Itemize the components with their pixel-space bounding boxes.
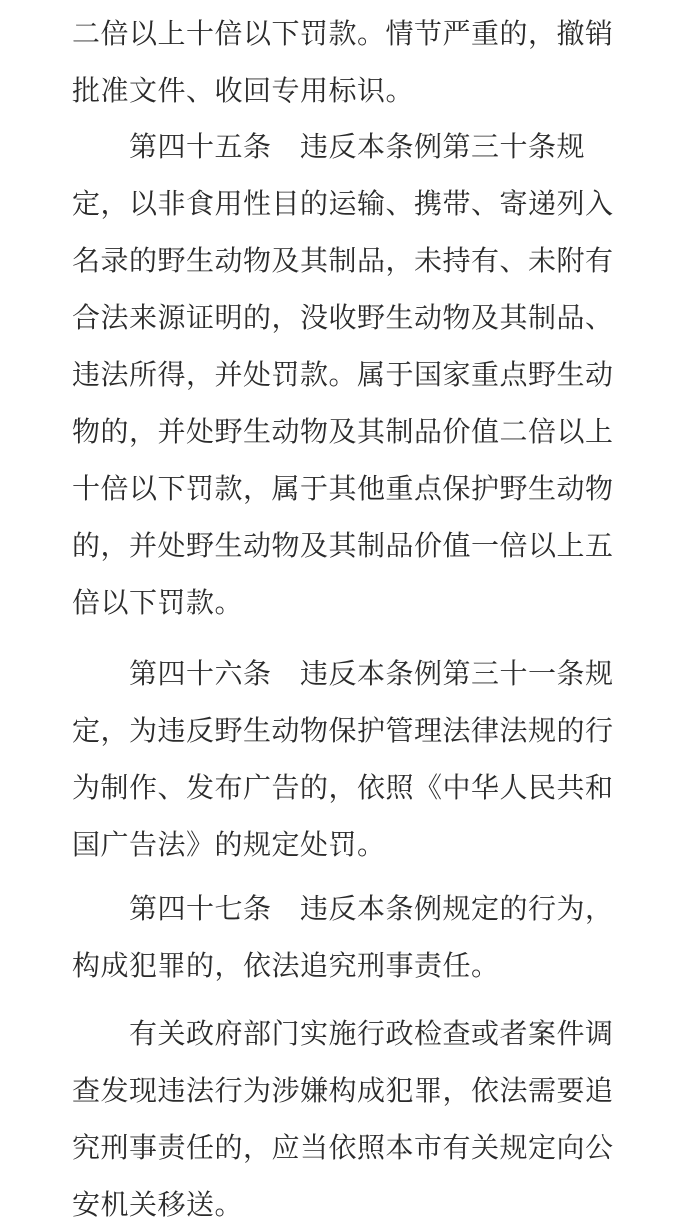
text-line: 国广告法》的规定处罚。 xyxy=(72,827,386,863)
text-line: 定，以非食用性目的运输、携带、寄递列入 xyxy=(72,186,614,222)
text-line: 二倍以上十倍以下罚款。情节严重的，撤销 xyxy=(72,16,614,52)
text-line: 的，并处野生动物及其制品价值一倍以上五 xyxy=(72,528,614,564)
text-line: 合法来源证明的，没收野生动物及其制品、 xyxy=(72,300,614,336)
text-line: 名录的野生动物及其制品，未持有、未附有 xyxy=(72,243,614,279)
text-line: 物的，并处野生动物及其制品价值二倍以上 xyxy=(72,414,614,450)
text-line: 有关政府部门实施行政检查或者案件调 xyxy=(129,1016,614,1052)
text-line: 究刑事责任的，应当依照本市有关规定向公 xyxy=(72,1130,614,1166)
text-line: 定，为违反野生动物保护管理法律法规的行 xyxy=(72,713,614,749)
text-line: 十倍以下罚款，属于其他重点保护野生动物 xyxy=(72,471,614,507)
text-line: 为制作、发布广告的，依照《中华人民共和 xyxy=(72,770,614,806)
article-heading-line: 第四十五条 违反本条例第三十条规 xyxy=(129,129,585,165)
text-line: 构成犯罪的，依法追究刑事责任。 xyxy=(72,948,500,984)
text-line: 查发现违法行为涉嫌构成犯罪，依法需要追 xyxy=(72,1073,614,1109)
document-page: 二倍以上十倍以下罚款。情节严重的，撤销 批准文件、收回专用标识。 第四十五条 违… xyxy=(0,0,673,1221)
text-line: 倍以下罚款。 xyxy=(72,585,243,621)
text-line: 违法所得，并处罚款。属于国家重点野生动 xyxy=(72,357,614,393)
article-heading-line: 第四十六条 违反本条例第三十一条规 xyxy=(129,656,614,692)
text-line: 批准文件、收回专用标识。 xyxy=(72,73,414,109)
article-heading-line: 第四十七条 违反本条例规定的行为， xyxy=(129,891,614,927)
text-line: 安机关移送。 xyxy=(72,1187,243,1221)
